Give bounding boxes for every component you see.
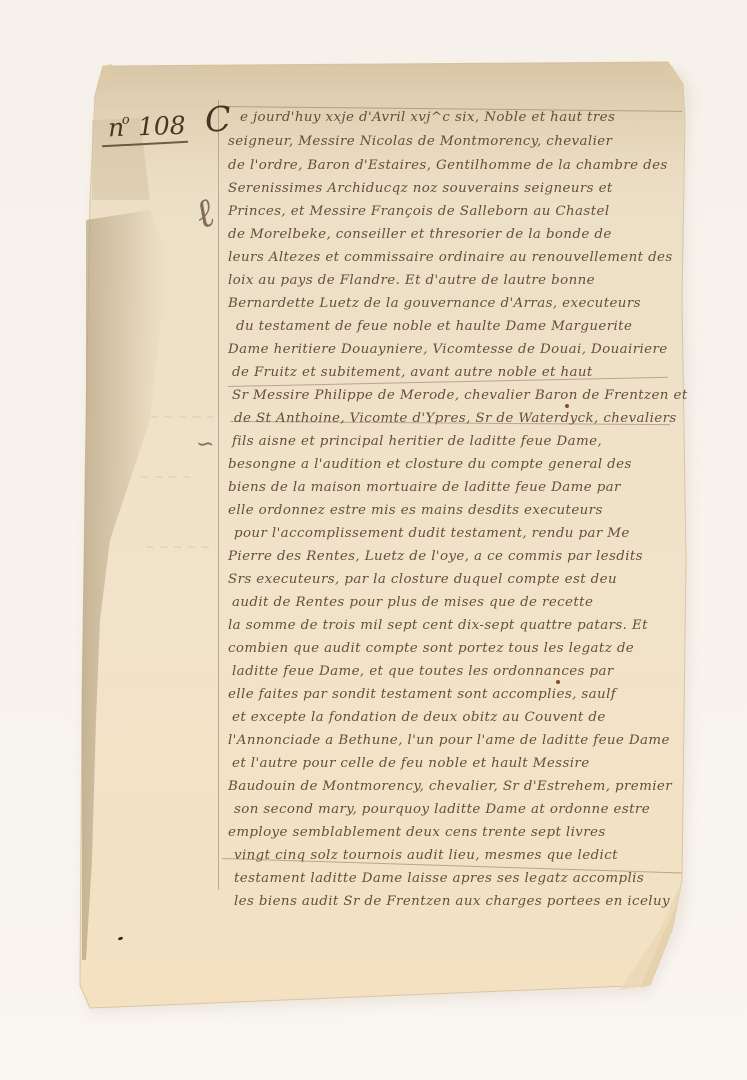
- manuscript-line: Bernardette Luetz de la gouvernance d'Ar…: [228, 296, 641, 311]
- manuscript-line: vingt cinq solz tournois audit lieu, mes…: [234, 848, 618, 863]
- manuscript-line: de St Anthoine, Vicomte d'Ypres, Sr de W…: [234, 411, 677, 426]
- manuscript-line: Srs executeurs, par la closture duquel c…: [228, 572, 617, 587]
- manuscript-line: loix au pays de Flandre. Et d'autre de l…: [228, 273, 595, 288]
- manuscript-line: la somme de trois mil sept cent dix-sept…: [228, 618, 648, 633]
- left-margin-rule: [218, 100, 219, 890]
- manuscript-line: combien que audit compte sont portez tou…: [228, 641, 634, 656]
- manuscript-line: Pierre des Rentes, Luetz de l'oye, a ce …: [228, 549, 643, 564]
- manuscript-line: Princes, et Messire François de Sallebor…: [228, 204, 610, 219]
- manuscript-line: elle faites par sondit testament sont ac…: [228, 687, 616, 702]
- bleed-through-text: ~ ~ ~ ~: [140, 470, 192, 484]
- manuscript-line: audit de Rentes pour plus de mises que d…: [232, 595, 593, 610]
- ink-speck: [565, 404, 569, 408]
- manuscript-line: les biens audit Sr de Frentzen aux charg…: [234, 894, 670, 909]
- folio-number-value: 108: [137, 111, 186, 142]
- manuscript-line: Sr Messire Philippe de Merode, chevalier…: [232, 388, 688, 403]
- folio-number: no 108: [108, 111, 187, 143]
- manuscript-line: biens de la maison mortuaire de laditte …: [228, 480, 621, 495]
- manuscript-line: de Morelbeke, conseiller et thresorier d…: [228, 227, 612, 242]
- manuscript-line: son second mary, pourquoy laditte Dame a…: [234, 802, 650, 817]
- manuscript-line: et excepte la fondation de deux obitz au…: [232, 710, 606, 725]
- ink-speck: [118, 936, 124, 941]
- manuscript-line: Serenissimes Archiducqz noz souverains s…: [228, 181, 613, 196]
- manuscript-line: employe semblablement deux cens trente s…: [228, 825, 606, 840]
- manuscript-line: Dame heritiere Douayniere, Vicomtesse de…: [228, 342, 668, 357]
- manuscript-line: e jourd'huy xxje d'Avril xvj^c six, Nobl…: [240, 110, 615, 125]
- manuscript-line: de Fruitz et subitement, avant autre nob…: [232, 365, 593, 380]
- manuscript-line: laditte feue Dame, et que toutes les ord…: [232, 664, 614, 679]
- manuscript-line: Baudouin de Montmorency, chevalier, Sr d…: [228, 779, 672, 794]
- manuscript-line: elle ordonnez estre mis es mains desdits…: [228, 503, 603, 518]
- manuscript-line: testament laditte Dame laisse apres ses …: [234, 871, 644, 886]
- manuscript-line: du testament de feue noble et haulte Dam…: [236, 319, 632, 334]
- margin-flourish-mark: ℓ: [188, 189, 220, 239]
- manuscript-line: l'Annonciade a Bethune, l'un pour l'ame …: [228, 733, 670, 748]
- manuscript-content: ~ ~ ~ ~ ~ ~ ~ ~ ~ ~ ~ ~ ~ ~ no 108 ℓ ∽ C…: [0, 0, 747, 1080]
- manuscript-line: de l'ordre, Baron d'Estaires, Gentilhomm…: [228, 158, 668, 173]
- ink-speck: [556, 680, 560, 684]
- manuscript-line: seigneur, Messire Nicolas de Montmorency…: [228, 134, 612, 149]
- folio-superscript: o: [122, 113, 130, 128]
- bleed-through-text: ~ ~ ~ ~ ~: [145, 540, 211, 554]
- manuscript-line: leurs Altezes et commissaire ordinaire a…: [228, 250, 673, 265]
- bleed-through-text: ~ ~ ~ ~ ~: [150, 410, 216, 424]
- margin-flourish-mark: ∽: [196, 432, 214, 457]
- manuscript-line: pour l'accomplissement dudit testament, …: [234, 526, 630, 541]
- manuscript-line: fils aisne et principal heritier de ladi…: [232, 434, 602, 449]
- manuscript-line: et l'autre pour celle de feu noble et ha…: [232, 756, 590, 771]
- manuscript-line: besongne a l'audition et closture du com…: [228, 457, 632, 472]
- manuscript-sheet: ~ ~ ~ ~ ~ ~ ~ ~ ~ ~ ~ ~ ~ ~ no 108 ℓ ∽ C…: [0, 0, 747, 1080]
